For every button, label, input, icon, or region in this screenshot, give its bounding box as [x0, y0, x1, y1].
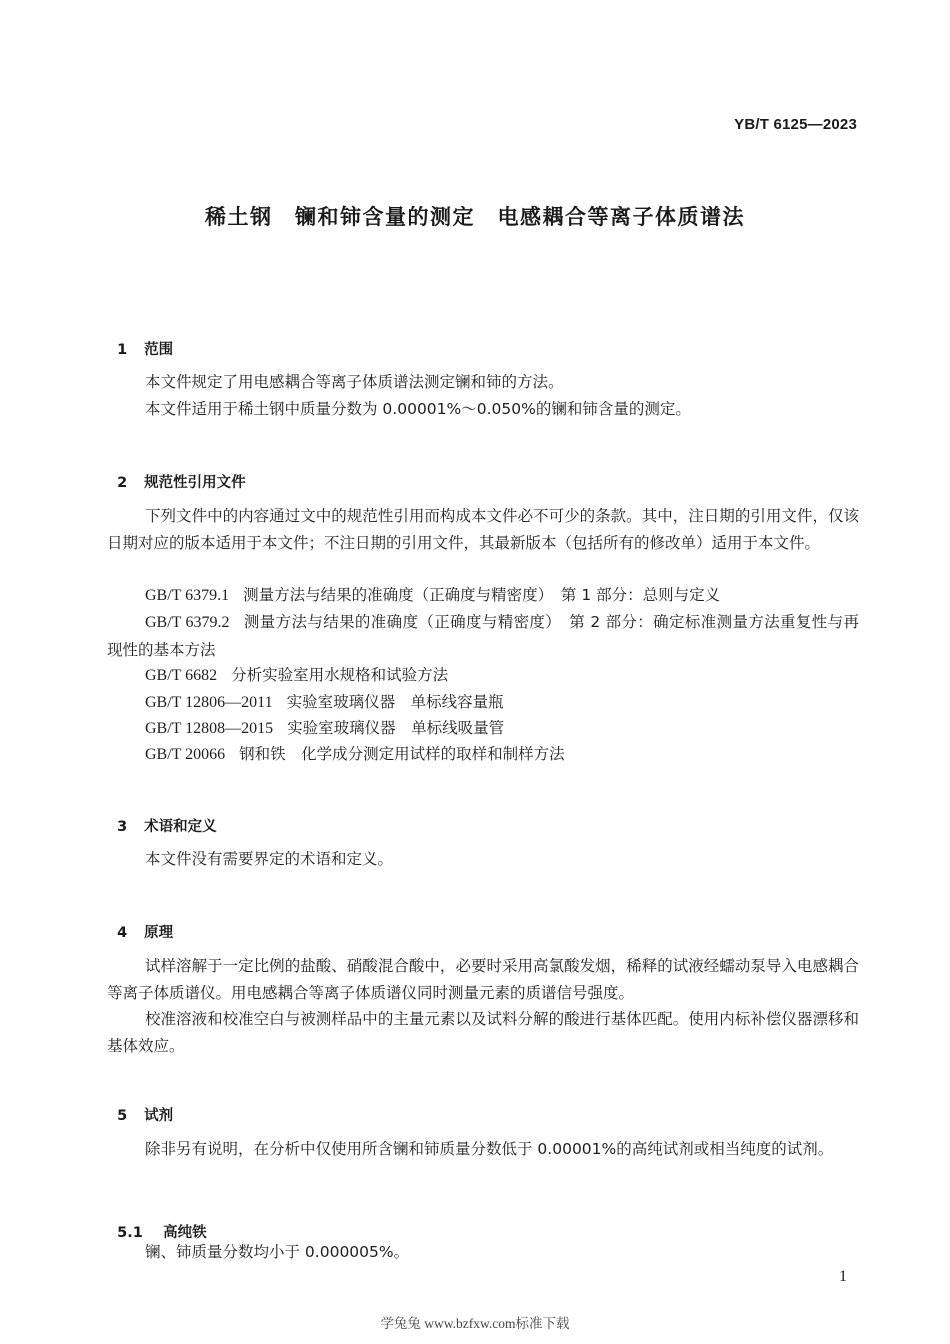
reference-title: 钢和铁 化学成分测定用试样的取样和制样方法	[239, 745, 565, 763]
section-title: 范围	[144, 342, 173, 358]
reference-code: GB/T 6379.2	[145, 614, 230, 631]
reference-code: GB/T 6682	[145, 667, 217, 684]
reference-item: GB/T 6682分析实验室用水规格和试验方法	[107, 662, 859, 690]
section-title: 术语和定义	[144, 819, 217, 835]
section-number: 2	[117, 475, 144, 491]
standard-number: YB/T 6125—2023	[734, 116, 857, 133]
section-title: 原理	[144, 925, 173, 941]
reference-code: GB/T 12806—2011	[145, 694, 273, 711]
section-heading-2: 2规范性引用文件	[107, 455, 246, 492]
paragraph: 校准溶液和校准空白与被测样品中的主量元素以及试料分解的酸进行基体匹配。使用内标补…	[107, 1006, 859, 1059]
section-number: 5	[117, 1108, 144, 1124]
section-heading-5: 5试剂	[107, 1088, 173, 1125]
document-title: 稀土钢 镧和铈含量的测定 电感耦合等离子体质谱法	[0, 201, 950, 231]
paragraph: 本文件没有需要界定的术语和定义。	[107, 846, 859, 873]
paragraph: 试样溶解于一定比例的盐酸、硝酸混合酸中，必要时采用高氯酸发烟，稀释的试液经蠕动泵…	[107, 953, 859, 1006]
paragraph: 镧、铈质量分数均小于 0.000005%。	[107, 1239, 859, 1266]
reference-title: 分析实验室用水规格和试验方法	[231, 666, 448, 684]
reference-title: 实验室玻璃仪器 单标线容量瓶	[287, 693, 504, 711]
reference-code: GB/T 20066	[145, 746, 225, 763]
paragraph: 本文件适用于稀土钢中质量分数为 0.00001%～0.050%的镧和铈含量的测定…	[107, 396, 859, 423]
section-heading-1: 1范围	[107, 322, 173, 359]
reference-title: 测量方法与结果的准确度（正确度与精密度） 第 1 部分：总则与定义	[243, 586, 720, 604]
section-number: 4	[117, 925, 144, 941]
section-number: 3	[117, 819, 144, 835]
subsection-heading-5-1: 5.1高纯铁	[107, 1205, 207, 1242]
reference-code: GB/T 6379.1	[145, 587, 229, 604]
section-heading-3: 3术语和定义	[107, 799, 217, 836]
paragraph: 下列文件中的内容通过文中的规范性引用而构成本文件必不可少的条款。其中，注日期的引…	[107, 503, 859, 556]
reference-item: GB/T 12806—2011实验室玻璃仪器 单标线容量瓶	[107, 689, 859, 717]
reference-item: GB/T 12808—2015实验室玻璃仪器 单标线吸量管	[107, 715, 859, 743]
paragraph: 本文件规定了用电感耦合等离子体质谱法测定镧和铈的方法。	[107, 369, 859, 396]
reference-code: GB/T 12808—2015	[145, 720, 273, 737]
section-heading-4: 4原理	[107, 905, 173, 942]
paragraph: 除非另有说明，在分析中仅使用所含镧和铈质量分数低于 0.00001%的高纯试剂或…	[107, 1136, 859, 1163]
reference-title: 实验室玻璃仪器 单标线吸量管	[287, 719, 504, 737]
section-title: 试剂	[144, 1108, 173, 1124]
reference-item: GB/T 6379.2测量方法与结果的准确度（正确度与精密度） 第 2 部分：确…	[107, 609, 859, 663]
reference-item: GB/T 6379.1测量方法与结果的准确度（正确度与精密度） 第 1 部分：总…	[107, 582, 859, 610]
page-number: 1	[839, 1268, 847, 1286]
section-title: 规范性引用文件	[144, 475, 246, 491]
reference-item: GB/T 20066钢和铁 化学成分测定用试样的取样和制样方法	[107, 741, 859, 769]
footer-watermark: 学兔兔 www.bzfxw.com标准下载	[0, 1312, 950, 1332]
section-number: 1	[117, 342, 144, 358]
